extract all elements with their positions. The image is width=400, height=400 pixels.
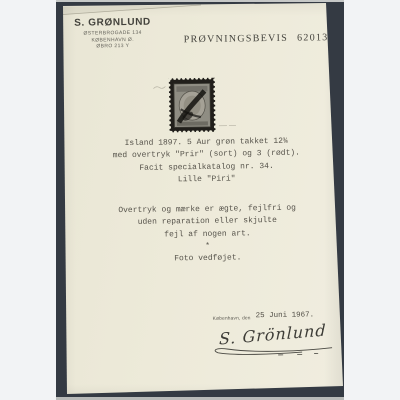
dateline-printed: København, den: [213, 316, 251, 322]
typed-body: Island 1897. 5 Aur grøn takket 12¾ med o…: [69, 135, 344, 267]
letterhead-address-line: ØSTERBROGADE 134: [73, 30, 153, 38]
stamp-image: [167, 76, 217, 135]
certificate-title-row: PRØVNINGSBEVIS 62013: [184, 32, 329, 45]
photo-note-line: Foto vedføjet.: [71, 251, 344, 267]
letterhead-address-line: ØBRO 213 Y: [73, 43, 153, 51]
certificate-number: 62013: [297, 32, 329, 43]
signature-block: S. Grönlund: [208, 324, 338, 358]
dateline-date: 25 Juni 1967.: [256, 311, 315, 320]
letterhead: S. GRØNLUND ØSTERBROGADE 134 KØBENHAVN Ø…: [72, 17, 152, 51]
pencil-annotation-left: [152, 83, 166, 91]
body-paragraph-2: Overtryk og mærke er ægte, fejlfri og ud…: [70, 202, 344, 243]
letterhead-name: S. GRØNLUND: [72, 17, 152, 29]
body-line: Lille "Piri": [70, 172, 344, 188]
photo-backdrop: S. GRØNLUND ØSTERBROGADE 134 KØBENHAVN Ø…: [56, 0, 344, 400]
certificate-content: S. GRØNLUND ØSTERBROGADE 134 KØBENHAVN Ø…: [56, 0, 344, 400]
signature-text: S. Grönlund: [219, 320, 327, 348]
scanned-certificate: S. GRØNLUND ØSTERBROGADE 134 KØBENHAVN Ø…: [0, 0, 400, 400]
pencil-annotation-right: [218, 122, 238, 128]
letterhead-address: ØSTERBROGADE 134 KØBENHAVN Ø. ØBRO 213 Y: [73, 30, 153, 51]
certificate-title: PRØVNINGSBEVIS: [184, 33, 288, 45]
